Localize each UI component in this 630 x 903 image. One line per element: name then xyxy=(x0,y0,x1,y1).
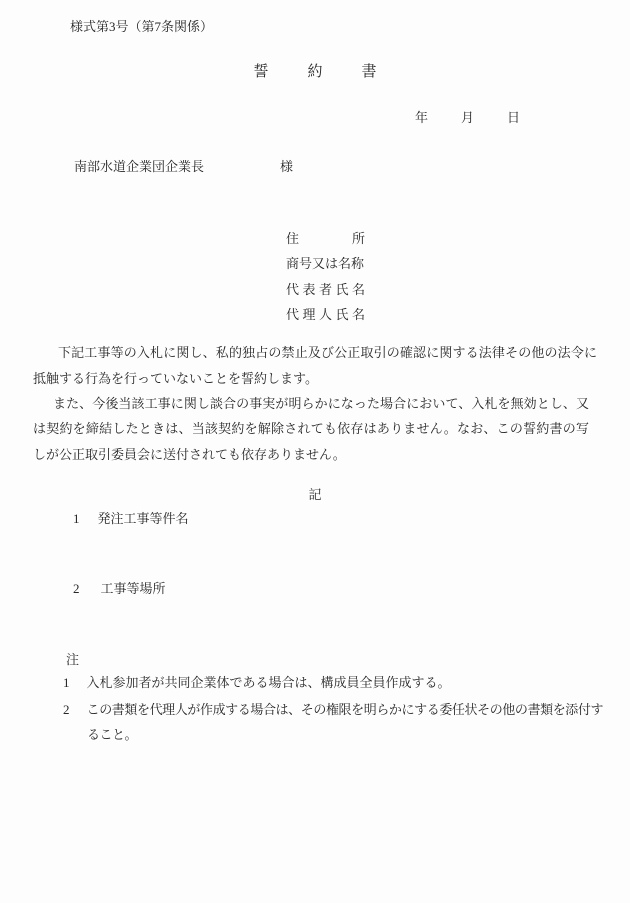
date-line: 年 月 日 xyxy=(415,108,530,128)
note-item-2: 2この書類を代理人が作成する場合は、その権限を明らかにする委任状その他の書類を添… xyxy=(63,697,603,748)
note-2-text: この書類を代理人が作成する場合は、その権限を明らかにする委任状その他の書類を添付… xyxy=(87,702,604,742)
listed-item-1: 1発注工事等件名 xyxy=(73,509,189,529)
note-2-number: 2 xyxy=(63,702,70,717)
note-item-1: 1入札参加者が共同企業体である場合は、構成員全員作成する。 xyxy=(63,673,451,693)
signature-block: 住所 商号又は名称 代表者氏名 代理人氏名 xyxy=(286,226,418,327)
addressee-honorific: 様 xyxy=(280,157,293,177)
document-title: 誓 約 書 xyxy=(0,61,630,84)
collusion-paragraph: また、今後当該工事に関し談合の事実が明らかになった場合において、入札を無効とし、… xyxy=(33,391,589,467)
note-1-text: 入札参加者が共同企業体である場合は、構成員全員作成する。 xyxy=(87,675,451,690)
form-number: 様式第3号（第7条関係） xyxy=(70,17,213,37)
pledge-document-page: 様式第3号（第7条関係） 誓 約 書 年 月 日 南部水道企業団企業長 様 住所… xyxy=(0,0,630,903)
signature-field-company-name: 商号又は名称 xyxy=(286,251,418,276)
item-2-number: 2 xyxy=(73,581,80,596)
item-1-label: 発注工事等件名 xyxy=(98,511,189,526)
notes-heading: 注 xyxy=(66,650,79,670)
signature-field-address: 住所 xyxy=(286,226,418,251)
item-2-label: 工事等場所 xyxy=(101,581,166,596)
signature-field-agent-name: 代理人氏名 xyxy=(286,302,418,327)
note-1-number: 1 xyxy=(63,675,70,690)
signature-field-representative-name: 代表者氏名 xyxy=(286,277,418,302)
pledge-paragraph: 下記工事等の入札に関し、私的独占の禁止及び公正取引の確認に関する法律その他の法令… xyxy=(33,340,597,391)
section-marker: 記 xyxy=(0,485,630,505)
addressee-name: 南部水道企業団企業長 xyxy=(74,157,204,177)
item-1-number: 1 xyxy=(73,511,80,526)
listed-item-2: 2工事等場所 xyxy=(73,579,166,599)
